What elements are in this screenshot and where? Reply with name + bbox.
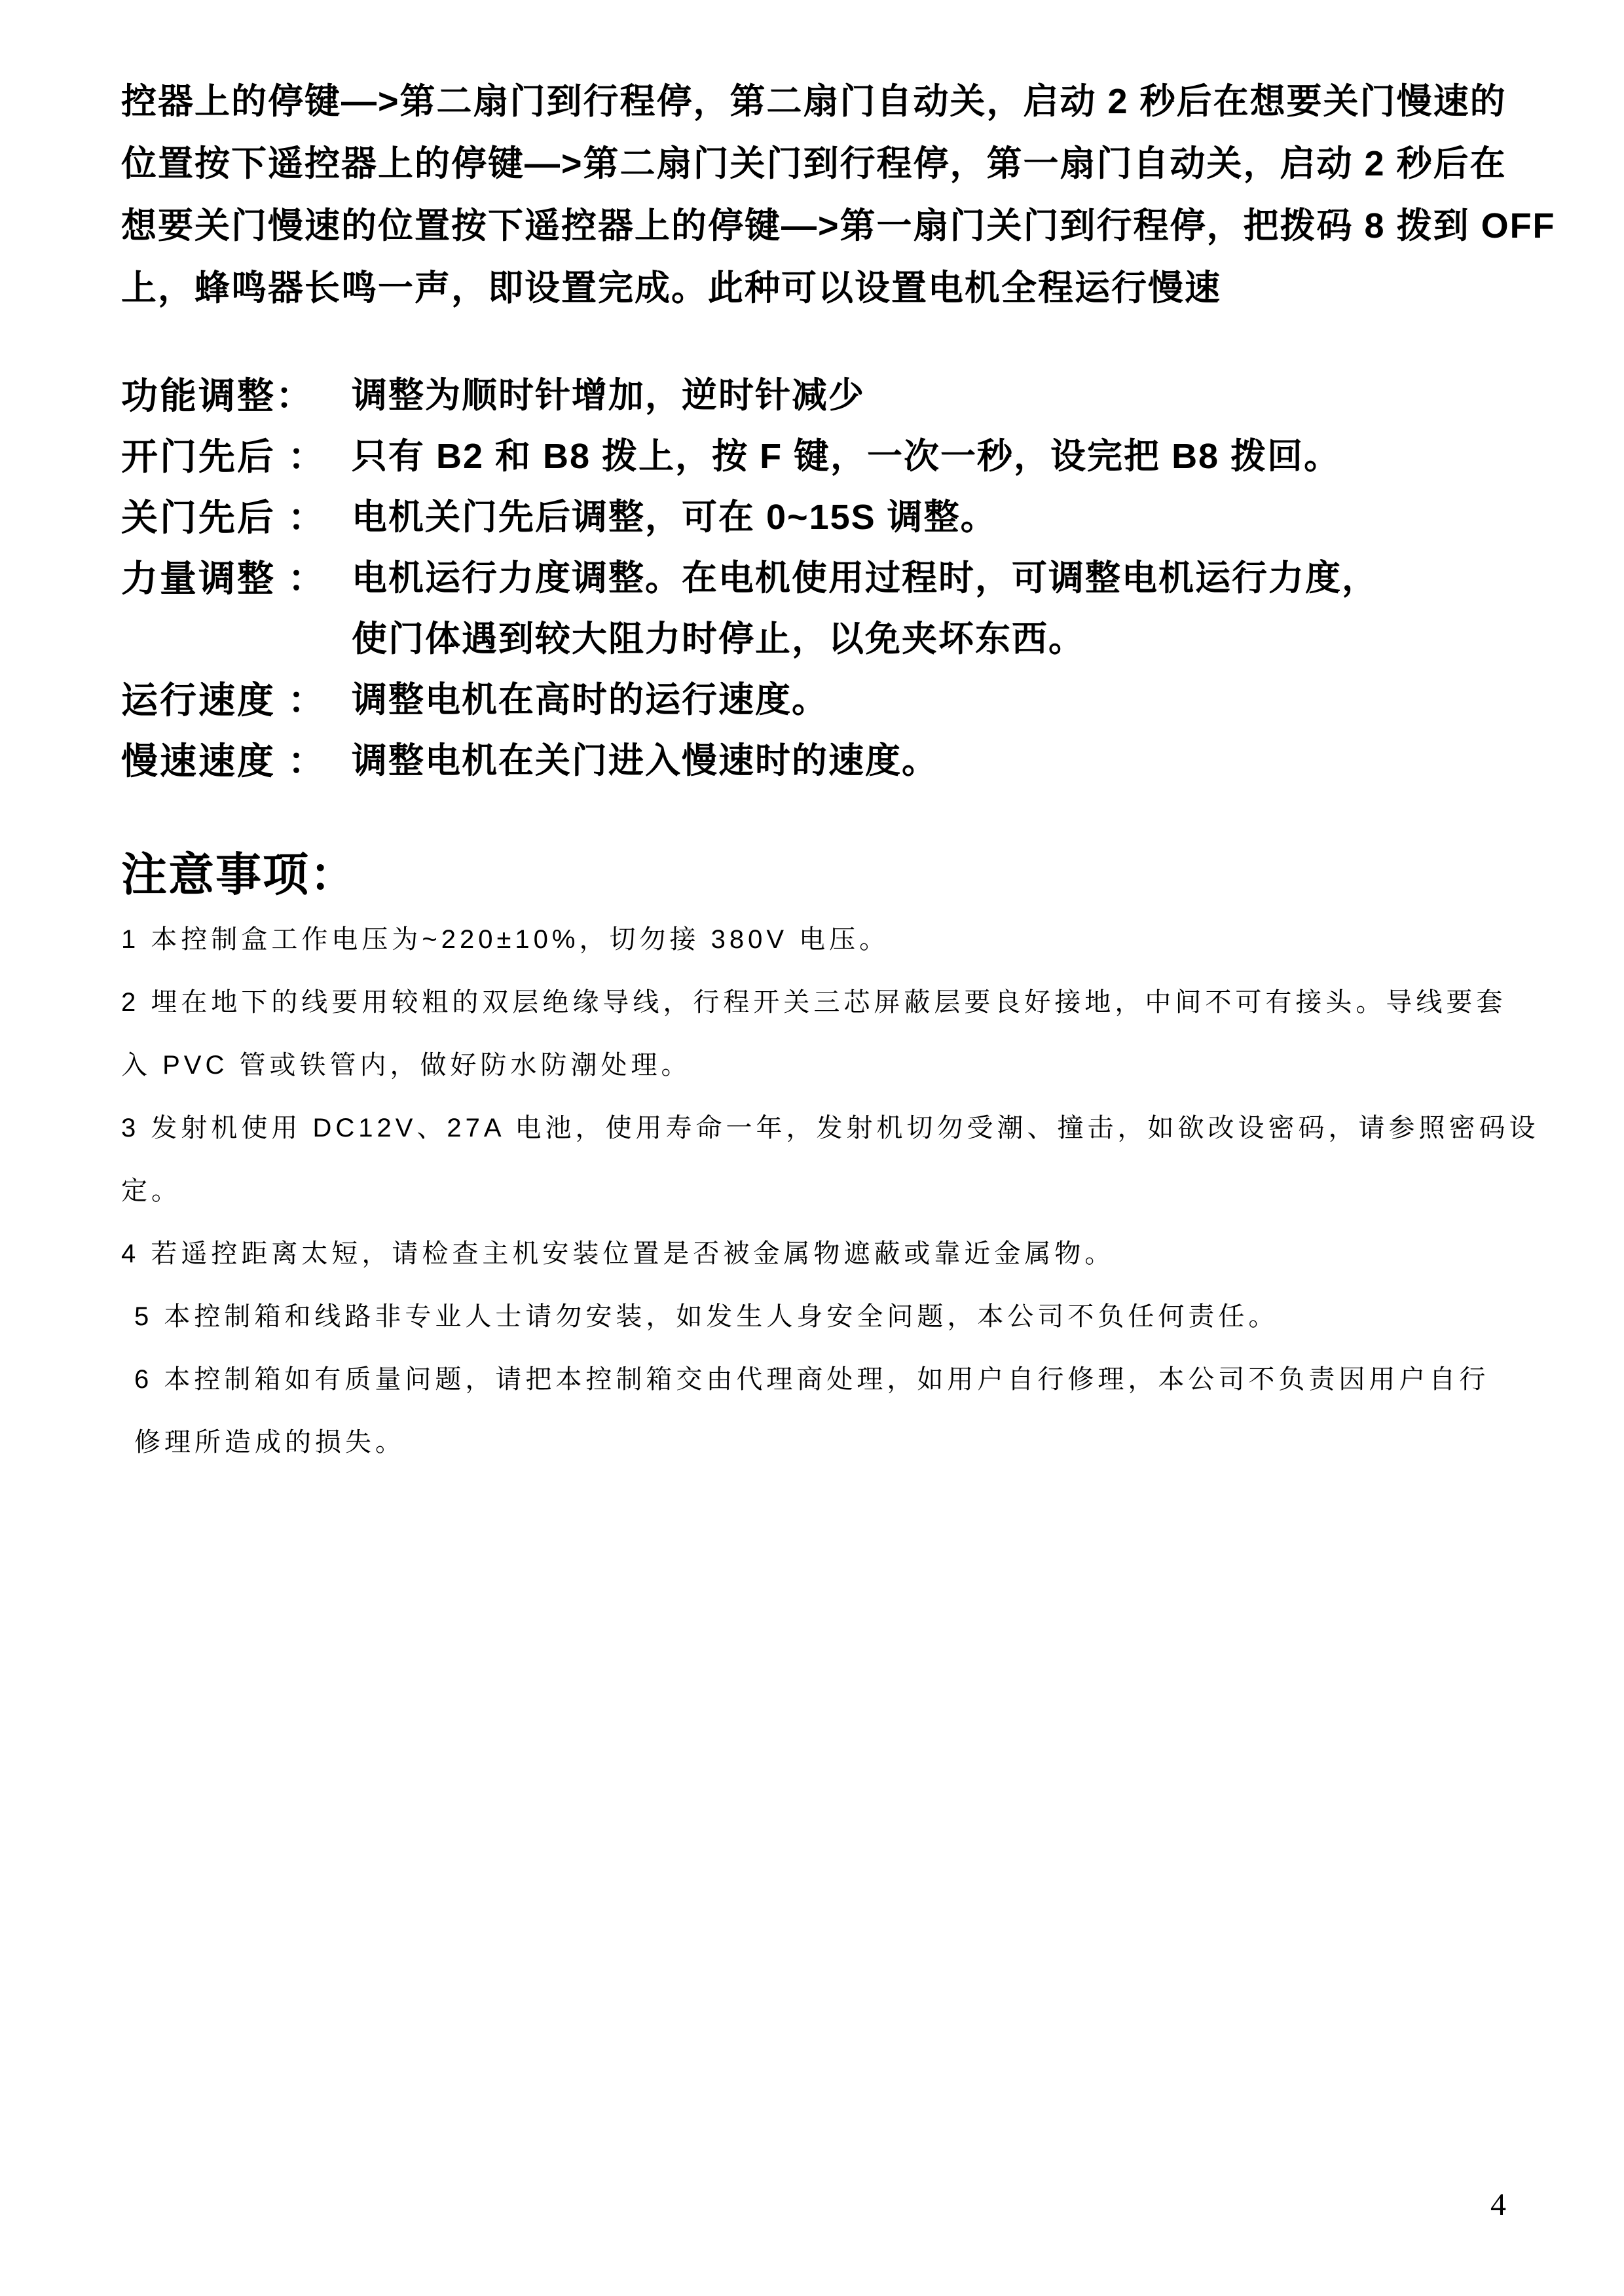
note-line: 3 发射机使用 DC12V、27A 电池，使用寿命一年，发射机切勿受潮、撞击，如… [121,1097,1509,1159]
note-line: 修理所造成的损失。 [121,1411,1509,1474]
function-text-line: 使门体遇到较大阻力时停止，以免夹坏东西。 [352,609,1509,670]
function-text: 电机关门先后调整，可在 0~15S 调整。 [352,487,1509,548]
function-label: 运行速度 ： [121,670,352,731]
function-row-gongneng: 功能调整： 调整为顺时针增加，逆时针减少 [121,365,1509,426]
function-label: 慢速速度 ： [121,731,352,792]
note-line: 入 PVC 管或铁管内，做好防水防潮处理。 [121,1034,1509,1097]
function-text-line: 调整电机在高时的运行速度。 [352,670,1509,731]
function-row-yunxing: 运行速度 ： 调整电机在高时的运行速度。 [121,670,1509,731]
note-line: 2 埋在地下的线要用较粗的双层绝缘导线，行程开关三芯屏蔽层要良好接地，中间不可有… [121,971,1509,1034]
note-line: 定。 [121,1159,1509,1222]
note-line: 1 本控制盒工作电压为~220±10%，切勿接 380V 电压。 [121,908,1509,971]
function-row-guanmen: 关门先后 ： 电机关门先后调整，可在 0~15S 调整。 [121,487,1509,548]
function-label: 力量调整 ： [121,548,352,609]
page-content: 控器上的停键—>第二扇门到行程停，第二扇门自动关，启动 2 秒后在想要关门慢速的… [121,71,1509,1474]
note-line: 4 若遥控距离太短，请检查主机安装位置是否被金属物遮蔽或靠近金属物。 [121,1222,1509,1285]
function-label: 开门先后 ： [121,426,352,487]
function-row-kaimen: 开门先后 ： 只有 B2 和 B8 拨上，按 F 键，一次一秒，设完把 B8 拨… [121,426,1509,487]
function-text-line: 电机运行力度调整。在电机使用过程时，可调整电机运行力度， [352,548,1509,609]
function-row-liliang: 力量调整 ： 电机运行力度调整。在电机使用过程时，可调整电机运行力度， 使门体遇… [121,548,1509,670]
intro-line: 想要关门慢速的位置按下遥控器上的停键—>第一扇门关门到行程停，把拨码 8 拨到 … [121,195,1509,257]
notes-list: 1 本控制盒工作电压为~220±10%，切勿接 380V 电压。 2 埋在地下的… [121,908,1509,1474]
function-text: 电机运行力度调整。在电机使用过程时，可调整电机运行力度， 使门体遇到较大阻力时停… [352,548,1509,670]
function-text: 调整为顺时针增加，逆时针减少 [352,365,1509,426]
function-adjustment-list: 功能调整： 调整为顺时针增加，逆时针减少 开门先后 ： 只有 B2 和 B8 拨… [121,365,1509,792]
function-row-mansu: 慢速速度 ： 调整电机在关门进入慢速时的速度。 [121,731,1509,792]
function-text-line: 电机关门先后调整，可在 0~15S 调整。 [352,487,1509,548]
function-text-line: 调整为顺时针增加，逆时针减少 [352,365,1509,426]
intro-line: 位置按下遥控器上的停键—>第二扇门关门到行程停，第一扇门自动关，启动 2 秒后在 [121,133,1509,195]
function-text-line: 只有 B2 和 B8 拨上，按 F 键，一次一秒，设完把 B8 拨回。 [352,426,1509,487]
function-text: 调整电机在高时的运行速度。 [352,670,1509,731]
intro-line: 上，蜂鸣器长鸣一声，即设置完成。此种可以设置电机全程运行慢速 [121,257,1509,319]
function-label: 关门先后 ： [121,487,352,548]
page-number: 4 [1490,2187,1506,2223]
function-text: 只有 B2 和 B8 拨上，按 F 键，一次一秒，设完把 B8 拨回。 [352,426,1509,487]
intro-line: 控器上的停键—>第二扇门到行程停，第二扇门自动关，启动 2 秒后在想要关门慢速的 [121,71,1509,133]
function-label: 功能调整： [121,365,352,426]
document-page: { "page": { "number": "4", "background_c… [0,0,1624,2296]
note-line: 6 本控制箱如有质量问题，请把本控制箱交由代理商处理，如用户自行修理，本公司不负… [121,1348,1509,1411]
note-line: 5 本控制箱和线路非专业人士请勿安装，如发生人身安全问题，本公司不负任何责任。 [121,1285,1509,1348]
notes-heading: 注意事项： [121,847,1509,903]
function-text-line: 调整电机在关门进入慢速时的速度。 [352,731,1509,792]
intro-paragraph: 控器上的停键—>第二扇门到行程停，第二扇门自动关，启动 2 秒后在想要关门慢速的… [121,71,1509,319]
function-text: 调整电机在关门进入慢速时的速度。 [352,731,1509,792]
